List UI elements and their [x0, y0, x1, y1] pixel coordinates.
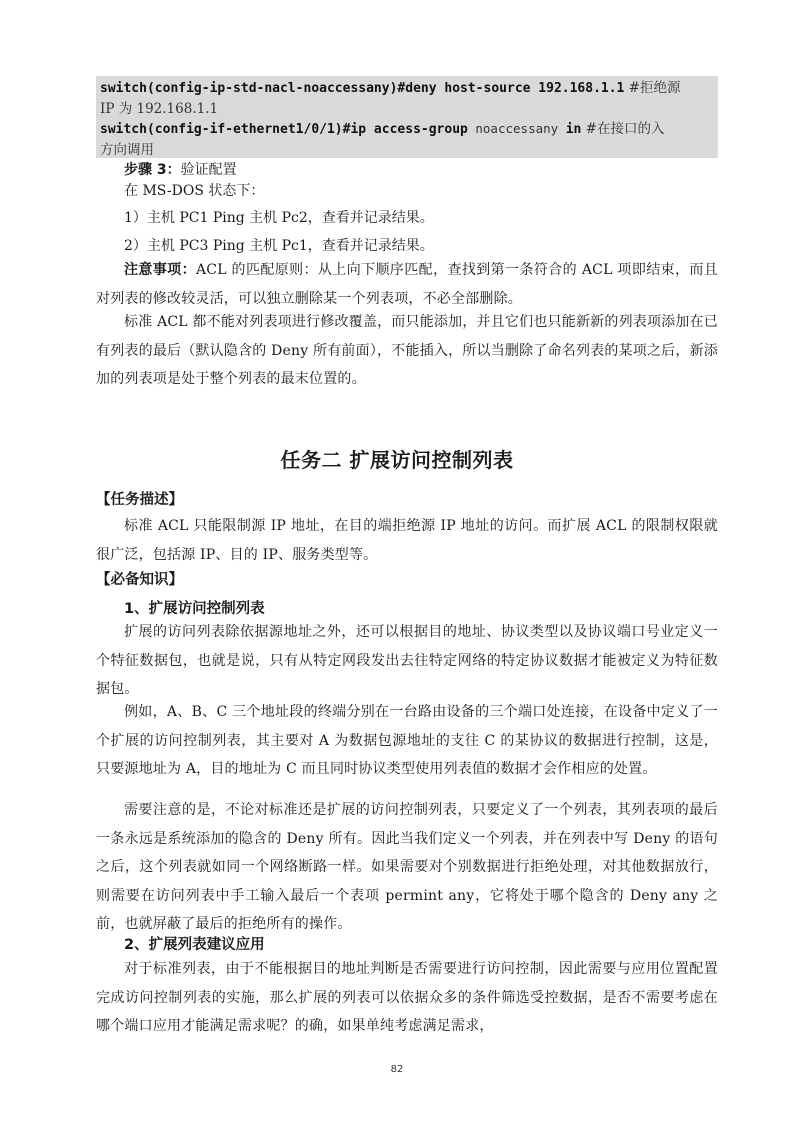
step-item-1: 1）主机 PC1 Ping 主机 Pc2，查看并记录结果。 — [124, 208, 434, 228]
step-intro: 在 MS-DOS 状态下： — [124, 181, 264, 201]
section-1-paragraph-2: 例如，A、B、C 三个地址段的终端分别在一台路由设备的三个端口处连接，在设备中定… — [96, 698, 718, 784]
step-text: 验证配置 — [181, 162, 237, 178]
code-line-1: switch(config-ip-std-nacl-noaccessany)#d… — [100, 78, 714, 99]
code-line-2: IP 为 192.168.1.1 — [100, 99, 714, 119]
section-1-paragraph-1: 扩展的访问列表除依据源地址之外，还可以根据目的地址、协议类型以及协议端口号业定义… — [96, 618, 718, 704]
step-3-heading: 步骤 3：验证配置 — [124, 160, 237, 180]
standard-acl-paragraph: 标准 ACL 都不能对列表项进行修改覆盖，而只能添加，并且它们也只能新新的列表项… — [96, 308, 718, 394]
code-comment: IP 为 192.168.1.1 — [100, 101, 218, 117]
step-item-2: 2）主机 PC3 Ping 主机 Pc1，查看并记录结果。 — [124, 236, 434, 256]
section-1-paragraph-3: 需要注意的是，不论对标准还是扩展的访问控制列表，只要定义了一个列表，其列表项的最… — [96, 796, 718, 939]
task-description-heading: 【任务描述】 — [96, 488, 183, 509]
page-number: 82 — [0, 1064, 794, 1075]
code-command: switch(config-if-ethernet1/0/1)#ip acces… — [100, 122, 468, 137]
code-block: switch(config-ip-std-nacl-noaccessany)#d… — [96, 76, 718, 158]
section-1-title: 1、扩展访问控制列表 — [124, 597, 265, 618]
code-keyword: in — [566, 122, 582, 137]
code-comment: #拒绝源 — [624, 80, 680, 96]
task-title: 任务二 扩展访问控制列表 — [0, 444, 794, 473]
code-command: switch(config-ip-std-nacl-noaccessany)#d… — [100, 81, 624, 96]
step-label: 步骤 3： — [124, 162, 181, 178]
section-2-title: 2、扩展列表建议应用 — [124, 933, 265, 954]
task-description-text: 标准 ACL 只能限制源 IP 地址，在目的端拒绝源 IP 地址的访问。而扩展 … — [96, 512, 718, 569]
document-page: switch(config-ip-std-nacl-noaccessany)#d… — [0, 0, 794, 1123]
code-argument: noaccessany — [468, 121, 566, 136]
code-comment: #在接口的入 — [581, 121, 664, 137]
note-paragraph: 注意事项：ACL 的匹配原则：从上向下顺序匹配，查找到第一条符合的 ACL 项即… — [96, 256, 718, 313]
note-label: 注意事项： — [124, 262, 196, 278]
section-2-paragraph-1: 对于标准列表，由于不能根据目的地址判断是否需要进行访问控制，因此需要与应用位置配… — [96, 955, 718, 1041]
knowledge-heading: 【必备知识】 — [96, 568, 183, 589]
code-comment: 方向调用 — [100, 142, 154, 158]
code-line-3: switch(config-if-ethernet1/0/1)#ip acces… — [100, 119, 714, 140]
code-line-4: 方向调用 — [100, 140, 714, 160]
